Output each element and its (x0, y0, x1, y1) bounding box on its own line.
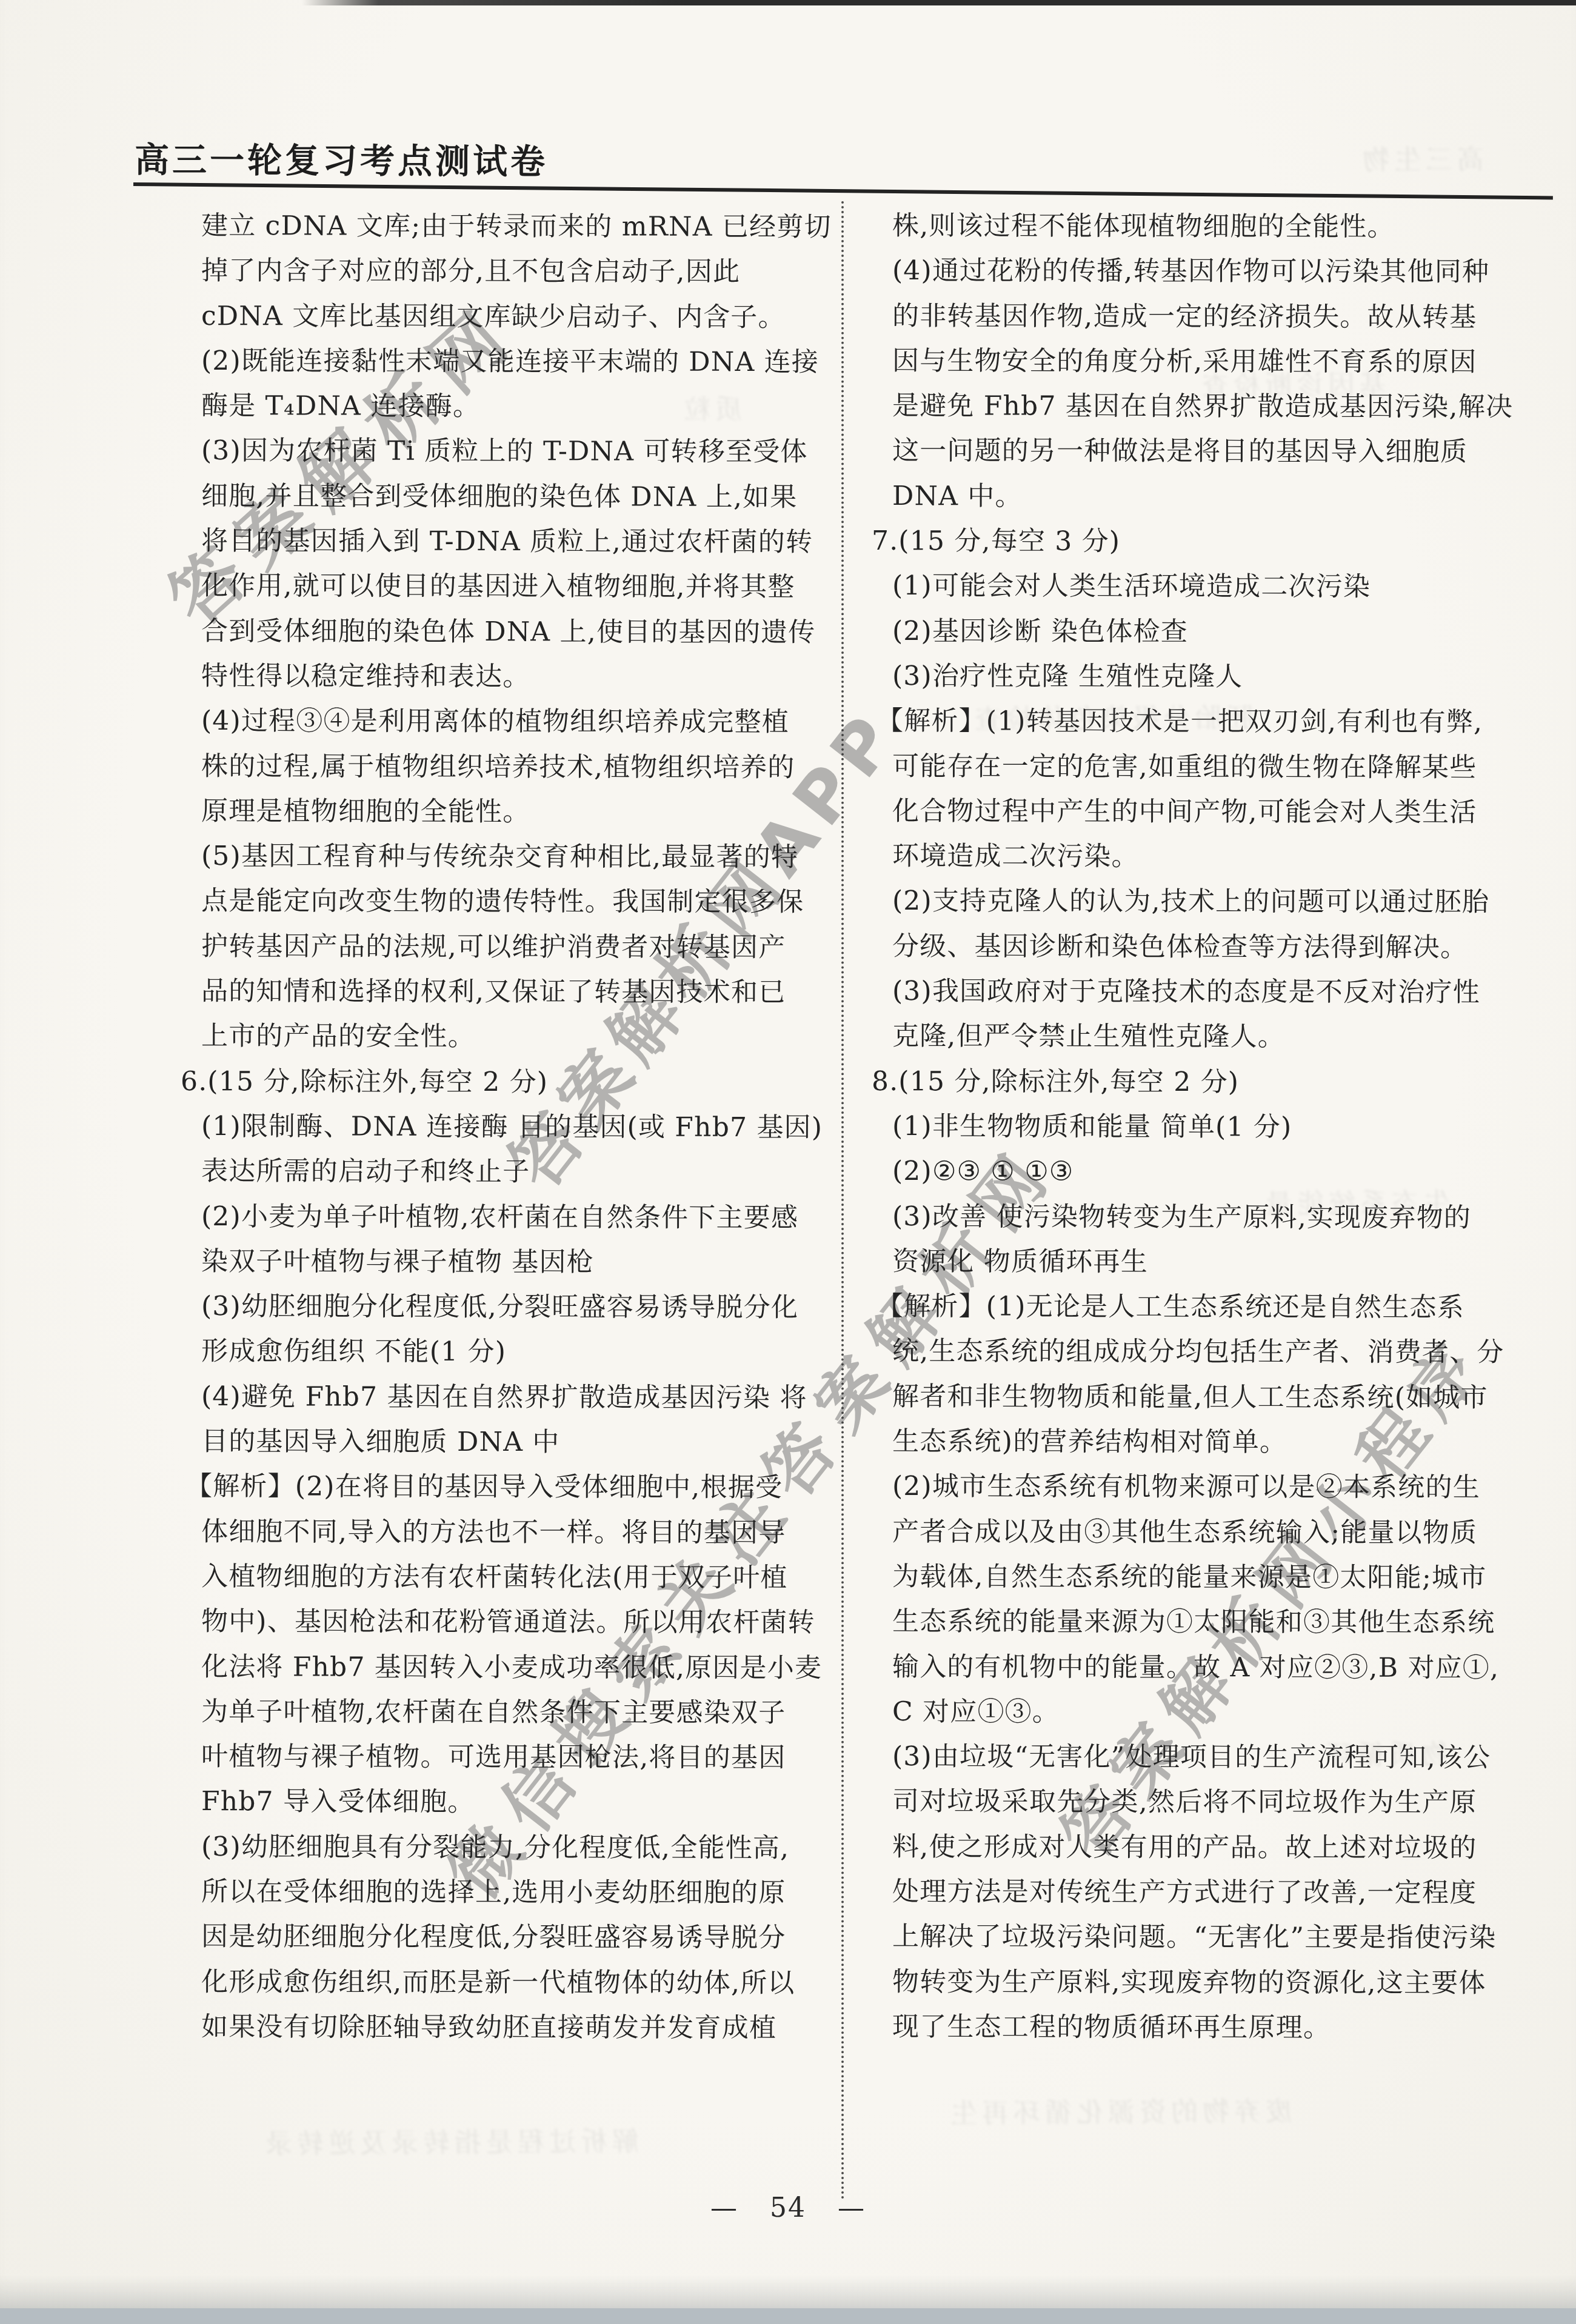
answer-text-line: 染双子叶植物与裸子植物 基因枪 (181, 1239, 815, 1285)
page-footer: —54— (661, 2192, 915, 2223)
answer-text-line: (2)小麦为单子叶植物,农杆菌在自然条件下主要感 (181, 1194, 815, 1240)
answer-text-line: 护转基因产品的法规,可以维护消费者对转基因产 (181, 924, 815, 970)
answer-text-line: 化形成愈伤组织,而胚是新一代植物体的幼体,所以 (181, 1960, 815, 2006)
answer-text-line: C 对应①③。 (872, 1690, 1506, 1736)
answer-text-line: 细胞,并且整合到受体细胞的染色体 DNA 上,如果 (181, 474, 815, 520)
bleed-through-text: 质粒 (679, 388, 742, 427)
answer-text-line: 生态系统)的营养结构相对简单。 (872, 1419, 1506, 1465)
scan-edge-band-bottom (0, 2308, 1576, 2324)
answer-text-line: 形成愈伤组织 不能(1 分) (181, 1329, 815, 1375)
answer-text-line: 8.(15 分,除标注外,每空 2 分) (872, 1059, 1506, 1105)
answer-text-line: (2)城市生态系统有机物来源可以是②本系统的生 (872, 1464, 1506, 1510)
answer-text-line: 化合物过程中产生的中间产物,可能会对人类生活 (872, 789, 1506, 835)
answer-text-line: 处理方法是对传统生产方式进行了改善,一定程度 (872, 1870, 1506, 1916)
answer-text-line: 【解析】(1)无论是人工生态系统还是自然生态系 (872, 1284, 1506, 1330)
answer-text-line: 6.(15 分,除标注外,每空 2 分) (181, 1059, 815, 1105)
answer-text-line: (5)基因工程育种与传统杂交育种相比,最显著的特 (181, 834, 815, 880)
bleed-through-text: 基因诊断检查 (1197, 363, 1386, 403)
answer-text-line: 7.(15 分,每空 3 分) (872, 519, 1506, 565)
answer-text-line: (1)限制酶、DNA 连接酶 目的基因(或 Fhb7 基因) (181, 1104, 815, 1150)
answer-text-line: 特性得以稳定维持和表达。 (181, 654, 815, 700)
column-divider-dotted-line (841, 201, 844, 2201)
answer-text-line: (3)因为农杆菌 Ti 质粒上的 T-DNA 可转移至受体 (181, 428, 815, 474)
answer-text-line: (2)基因诊断 染色体检查 (872, 609, 1506, 655)
answer-text-line: 掉了内含子对应的部分,且不包含启动子,因此 (181, 248, 815, 295)
answer-text-line: 输入的有机物中的能量。故 A 对应②③,B 对应①, (872, 1645, 1506, 1691)
scan-edge-shadow-top (302, 0, 1576, 5)
scan-shadow-bottom (0, 2275, 1576, 2308)
answer-text-line: 因与生物安全的角度分析,采用雄性不育系的原因 (872, 339, 1506, 385)
answer-text-line: 资源化 物质循环再生 (872, 1239, 1506, 1285)
answer-text-line: 产者合成以及由③其他生态系统输入;能量以物质 (872, 1510, 1506, 1556)
answer-text-line: 化法将 Fhb7 基因转入小麦成功率很低,原因是小麦 (181, 1645, 815, 1691)
answer-text-line: 为单子叶植物,农杆菌在自然条件下主要感染双子 (181, 1690, 815, 1736)
answer-text-line: 分级、基因诊断和染色体检查等方法得到解决。 (872, 924, 1506, 970)
answer-text-line: 株的过程,属于植物组织培养技术,植物组织培养的 (181, 744, 815, 790)
answer-text-column-left: 建立 cDNA 文库;由于转录而来的 mRNA 已经剪切掉了内含子对应的部分,且… (181, 204, 815, 2049)
answer-text-line: 合到受体细胞的染色体 DNA 上,使目的基因的遗传 (181, 609, 815, 655)
bleed-through-text: 解析过程是指转录及逆转录 (261, 2120, 639, 2161)
answer-text-line: 解者和非生物物质和能量,但人工生态系统(如城市 (872, 1374, 1506, 1420)
answer-text-line: 所以在受体细胞的选择上,选用小麦幼胚细胞的原 (181, 1870, 815, 1916)
answer-text-line: 这一问题的另一种做法是将目的基因导入细胞质 (872, 428, 1506, 474)
answer-text-line: DNA 中。 (872, 474, 1506, 520)
answer-text-line: 点是能定向改变生物的遗传特性。我国制定很多保 (181, 879, 815, 925)
answer-text-line: 目的基因导入细胞质 DNA 中 (181, 1419, 815, 1465)
bleed-through-text: 胚胎分级染色体检查 (970, 696, 1254, 736)
answer-text-line: 物转变为生产原料,实现废弃物的资源化,这主要体 (872, 1960, 1506, 2006)
answer-text-line: 上解决了垃圾污染问题。“无害化”主要是指使污染 (872, 1914, 1506, 1960)
answer-text-line: 表达所需的启动子和终止子 (181, 1149, 815, 1195)
answer-text-line: 司对垃圾采取先分类,然后将不同垃圾作为生产原 (872, 1779, 1506, 1825)
page-title: 高三一轮复习考点测试卷 (135, 133, 548, 184)
answer-text-line: (1)可能会对人类生活环境造成二次污染 (872, 564, 1506, 610)
answer-text-line: (3)幼胚细胞分化程度低,分裂旺盛容易诱导脱分化 (181, 1284, 815, 1330)
answer-text-line: (2)支持克隆人的认为,技术上的问题可以通过胚胎 (872, 879, 1506, 925)
answer-text-line: 将目的基因插入到 T-DNA 质粒上,通过农杆菌的转 (181, 519, 815, 565)
answer-text-line: cDNA 文库比基因组文库缺少启动子、内含子。 (181, 294, 815, 340)
answer-text-line: 可能存在一定的危害,如重组的微生物在降解某些 (872, 744, 1506, 790)
header-rule (133, 182, 1553, 199)
answer-text-column-right: 株,则该过程不能体现植物细胞的全能性。(4)通过花粉的传播,转基因作物可以污染其… (872, 204, 1506, 2049)
answer-text-line: 是避免 Fhb7 基因在自然界扩散造成基因污染,解决 (872, 384, 1506, 430)
answer-text-line: 为载体,自然生态系统的能量来源是①太阳能;城市 (872, 1554, 1506, 1600)
answer-text-line: 【解析】(2)在将目的基因导入受体细胞中,根据受 (181, 1464, 815, 1510)
bleed-through-text: 废弃物的资源化循环再生 (946, 2089, 1292, 2131)
answer-text-line: 的非转基因作物,造成一定的经济损失。故从转基 (872, 294, 1506, 340)
bleed-through-text: 生态系统能量 (1261, 1181, 1450, 1221)
answer-text-line: 环境造成二次污染。 (872, 834, 1506, 880)
answer-text-line: (4)过程③④是利用离体的植物组织培养成完整植 (181, 699, 815, 745)
answer-text-line: 克隆,但严令禁止生殖性克隆人。 (872, 1014, 1506, 1060)
page-number: 54 (770, 2192, 806, 2223)
answer-text-line: 生态系统的能量来源为①太阳能和③其他生态系统 (872, 1599, 1506, 1645)
answer-text-line: 因是幼胚细胞分化程度低,分裂旺盛容易诱导脱分 (181, 1914, 815, 1960)
answer-text-line: 现了生态工程的物质循环再生原理。 (872, 2005, 1506, 2051)
answer-text-line: (2)既能连接黏性末端又能连接平末端的 DNA 连接 (181, 339, 815, 385)
answer-text-line: Fhb7 导入受体细胞。 (181, 1779, 815, 1825)
answer-text-line: 化作用,就可以使目的基因进入植物细胞,并将其整 (181, 564, 815, 610)
answer-text-line: 如果没有切除胚轴导致幼胚直接萌发并发育成植 (181, 2005, 815, 2051)
answer-text-line: 株,则该过程不能体现植物细胞的全能性。 (872, 204, 1506, 250)
answer-text-line: 物中)、基因枪法和花粉管通道法。所以用农杆菌转 (181, 1599, 815, 1645)
answer-text-line: 品的知情和选择的权利,又保证了转基因技术和已 (181, 969, 815, 1015)
answer-text-line: (3)治疗性克隆 生殖性克隆人 (872, 654, 1506, 700)
footer-dash-right: — (838, 2192, 866, 2223)
answer-text-line: 建立 cDNA 文库;由于转录而来的 mRNA 已经剪切 (181, 204, 815, 250)
scanned-answer-page: 高三一轮复习考点测试卷 答案解析网 答案解析网APP 微信搜索关注答案解析网 答… (0, 0, 1576, 2324)
answer-text-line: 入植物细胞的方法有农杆菌转化法(用于双子叶植 (181, 1554, 815, 1600)
answer-text-line: 叶植物与裸子植物。可选用基因枪法,将目的基因 (181, 1734, 815, 1780)
answer-text-line: (4)避免 Fhb7 基因在自然界扩散造成基因污染 将 (181, 1374, 815, 1420)
answer-text-line: (4)通过花粉的传播,转基因作物可以污染其他同种 (872, 248, 1506, 295)
footer-dash-left: — (710, 2192, 738, 2223)
answer-text-line: 料,使之形成对人类有用的产品。故上述对垃圾的 (872, 1825, 1506, 1871)
answer-text-line: 原理是植物细胞的全能性。 (181, 789, 815, 835)
answer-text-line: (1)非生物物质和能量 简单(1 分) (872, 1104, 1506, 1150)
bleed-through-text: 高三生物 (1358, 138, 1484, 177)
bleed-through-text: 物质循环 (1321, 1733, 1447, 1772)
answer-text-line: (3)幼胚细胞具有分裂能力,分化程度低,全能性高, (181, 1825, 815, 1871)
answer-text-line: 统,生态系统的组成成分均包括生产者、消费者、分 (872, 1329, 1506, 1375)
answer-text-line: (3)我国政府对于克隆技术的态度是不反对治疗性 (872, 969, 1506, 1015)
answer-text-line: 上市的产品的安全性。 (181, 1014, 815, 1060)
answer-text-line: 体细胞不同,导入的方法也不一样。将目的基因导 (181, 1510, 815, 1556)
